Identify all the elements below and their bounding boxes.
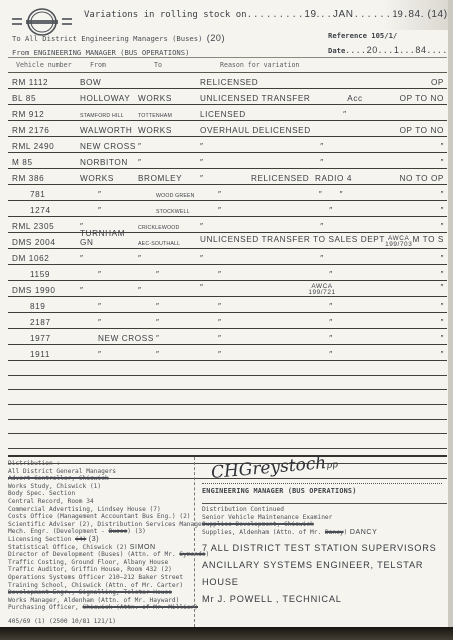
table-row: 1274″STOCKWELL″″″ <box>8 201 447 217</box>
distribution-text: Scientific Adviser (2), Distribution Ser… <box>8 521 205 528</box>
distribution-continued-text: Senior Vehicle Maintenance Examiner <box>202 514 332 521</box>
reason-right-note: OP <box>431 78 444 87</box>
signature-handwritten: CHGreystochpp <box>210 452 338 483</box>
cell-reason: ″″″ <box>214 270 447 280</box>
reason-right-note: ″ <box>441 270 445 279</box>
cell-reason: ″RELICENSED RADIO 4NO TO OP <box>196 174 447 184</box>
table-row: M 85NORBITON″″″″ <box>8 153 447 169</box>
distribution-continued-list: Distribution ContinuedSenior Vehicle Mai… <box>202 506 447 536</box>
cell-vehicle-number: RM 1112 <box>8 78 78 88</box>
distribution-line: Works Manager, Aldenham (Attn. of Mr. Ha… <box>8 597 191 605</box>
cell-vehicle-number: M 85 <box>8 158 78 168</box>
cell-reason: ″″″ <box>196 158 447 168</box>
cell-vehicle-number: 2187 <box>8 318 96 328</box>
cell-to: ″ <box>136 158 196 168</box>
reason-annotation: ″ <box>320 158 324 167</box>
cell-from: NEW CROSS <box>78 142 136 152</box>
distribution-struck-text: Advert Controller, Chiswick <box>8 475 109 482</box>
cell-to: AEC-SOUTHALL <box>136 242 196 248</box>
distribution-struck-text: Development Engr., Signalling, Telstar H… <box>8 589 172 596</box>
form-title: Variations in rolling stock on.........1… <box>84 9 448 20</box>
reason-right-note: ″ <box>441 302 445 311</box>
reason-text: ″ <box>200 142 204 151</box>
cell-to: TOTTENHAM <box>136 114 196 120</box>
date-part-printed: ... <box>399 46 415 55</box>
cell-from: STAMFORD HILL <box>78 114 136 120</box>
cell-reason: ″″″ <box>196 142 447 152</box>
to-label: To All District Engineering Managers (Bu… <box>12 34 202 43</box>
table-empty-row <box>8 420 447 435</box>
footer-vertical-divider <box>194 457 195 627</box>
cell-to <box>136 87 196 88</box>
reason-right-note: ″ <box>441 190 445 199</box>
distribution-text: Central Record, Room 34 <box>8 498 94 505</box>
distribution-text: Operations Systems Officer 210–212 Baker… <box>8 574 183 581</box>
cell-reason: ″″ ″″ <box>214 190 447 200</box>
cell-reason: ″AWCA 199/721″ <box>196 283 447 296</box>
table-empty-row <box>8 434 447 449</box>
distribution-text: Distribution : <box>8 460 60 467</box>
reason-annotation: AWCA 199/703 <box>385 236 412 248</box>
distribution-continued-line: Distribution Continued <box>202 506 447 514</box>
reason-right-note: ″ <box>441 254 445 263</box>
cell-to: ″ <box>154 318 214 328</box>
handwritten-note-line: Mr J. POWELL , TECHNICAL <box>202 591 447 608</box>
cell-vehicle-number: RML 2490 <box>8 142 78 152</box>
reason-annotation: ″ <box>320 254 324 263</box>
cell-vehicle-number: 1911 <box>8 350 96 360</box>
reason-annotation: ″ <box>329 350 333 359</box>
cell-from: NORBITON <box>78 158 136 168</box>
table-row: RM 1112BOWRELICENSEDOP <box>8 73 447 89</box>
cell-to: ″ <box>154 334 214 344</box>
scan-right-edge <box>448 0 453 640</box>
cell-to: WORKS <box>136 126 196 136</box>
reason-text: ″ <box>218 302 222 311</box>
cell-reason: ″″″ <box>214 318 447 328</box>
cell-reason: UNLICENSED TRANSFER TO SALES DEPTAWCA 19… <box>196 235 447 248</box>
distribution-line: Mech. Engr. (Development - Buses) (3) <box>8 528 191 536</box>
table-empty-row <box>8 361 447 376</box>
reason-right-note: ″ <box>441 206 445 215</box>
reason-text: UNLICENSED TRANSFER TO SALES DEPT <box>200 235 385 247</box>
cell-from: ″ <box>78 254 136 264</box>
table-row: 1977NEW CROSS″″″″ <box>8 329 447 345</box>
cell-from: BOW <box>78 78 136 88</box>
reason-right-note: ″ <box>441 334 445 343</box>
title-part-printed: 19. <box>392 10 408 20</box>
cell-to: ″ <box>154 270 214 280</box>
distribution-continued-line: Supplies Development, Chiswick <box>202 521 447 529</box>
distribution-list: Distribution :All District General Manag… <box>8 460 191 625</box>
reason-right-note: ″ <box>441 158 445 167</box>
distribution-line: Traffic Auditor, Griffin House, Room 432… <box>8 566 191 574</box>
cell-from: ″ <box>96 270 154 280</box>
cell-to: WORKS <box>136 94 196 104</box>
distribution-continued-line: Senior Vehicle Maintenance Examiner <box>202 514 447 522</box>
reason-text: ″ <box>200 158 204 167</box>
reason-right-note: NO TO OP <box>399 174 444 183</box>
distribution-continued-struck-text: Dancy <box>325 529 344 536</box>
scan-bottom-edge <box>0 627 453 640</box>
cell-reason: RELICENSEDOP <box>196 78 447 88</box>
cell-to: ″ <box>136 286 196 296</box>
table-empty-row <box>8 390 447 405</box>
title-part-printed: .. <box>320 10 333 20</box>
distribution-line: Body Spec. Section <box>8 490 191 498</box>
cell-reason: OVERHAUL DELICENSEDOP TO NO <box>196 126 447 136</box>
distribution-struck-text: (4) <box>75 536 86 543</box>
cell-vehicle-number: RM 386 <box>8 174 78 184</box>
reason-text: ″ <box>218 334 222 343</box>
distribution-line: Licensing Section (4) (3) <box>8 536 191 544</box>
cell-reason: UNLICENSED TRANSFERAccOP TO NO <box>196 94 447 104</box>
distribution-line: Distribution : <box>8 460 191 468</box>
distribution-line: Costs Office (Management Accountant Bus … <box>8 513 191 521</box>
distribution-text: Body Spec. Section <box>8 490 75 497</box>
reason-text: ″ <box>200 174 204 183</box>
date-part-handwritten: 20 <box>367 45 378 55</box>
reason-annotation: ″ <box>329 206 333 215</box>
handwritten-additions: 7 ALL DISTRICT TEST STATION SUPERVISORSA… <box>202 540 447 608</box>
reason-text: RELICENSED <box>200 78 258 87</box>
distribution-text: Training School, Chiswick (Attn. of Mr. … <box>8 582 183 589</box>
table-row: DMS 1990″″″AWCA 199/721″ <box>8 281 447 297</box>
engineering-manager-label: ENGINEERING MANAGER (BUS OPERATIONS) <box>202 487 447 495</box>
reason-right-note: ″ <box>441 222 445 231</box>
reason-right-note: OP TO NO <box>400 94 444 103</box>
title-part-handwritten: JAN <box>333 9 354 20</box>
cell-to: BROMLEY <box>136 174 196 184</box>
table-row: RM 386WORKSBROMLEY″RELICENSED RADIO 4NO … <box>8 169 447 185</box>
reason-annotation: ″ <box>320 142 324 151</box>
table-empty-row <box>8 376 447 391</box>
distribution-text: Mech. Engr. (Development - <box>8 528 109 535</box>
distribution-text: Works Study, Chiswick (1) <box>8 483 101 490</box>
table-row: 1911″″″″″ <box>8 345 447 361</box>
table-body: RM 1112BOWRELICENSEDOPBL 85HOLLOWAYWORKS… <box>8 73 447 479</box>
cell-vehicle-number: RML 2305 <box>8 222 78 232</box>
distribution-continued-handwritten-text: DANCY <box>347 529 377 536</box>
reason-annotation: ″ <box>343 110 347 119</box>
date-line: Date....20...1...84........ <box>328 45 453 55</box>
cell-vehicle-number: DMS 1990 <box>8 286 78 296</box>
distribution-line: Central Record, Room 34 <box>8 498 191 506</box>
table-row: 781″WOOD GREEN″″ ″″ <box>8 185 447 201</box>
table-row: 819″″″″″ <box>8 297 447 313</box>
table-header-row: Vehicle number From To Reason for variat… <box>8 57 447 73</box>
cell-reason: LICENSED″ <box>196 110 447 120</box>
rolling-stock-table: Vehicle number From To Reason for variat… <box>8 57 447 479</box>
table-row: RML 2305″CRICKLEWOOD″″″ <box>8 217 447 233</box>
distribution-continued-text: Supplies, Aldenham (Attn. of Mr. <box>202 529 325 536</box>
distribution-handwritten-text: (3) <box>86 536 99 543</box>
distribution-text: Traffic Auditor, Griffin House, Room 432… <box>8 566 172 573</box>
reason-annotation: ″ <box>329 270 333 279</box>
reference-label: Reference 105/1/ <box>328 31 397 40</box>
distribution-line: Development Engr., Signalling, Telstar H… <box>8 589 191 597</box>
reason-annotation: AWCA 199/721 <box>308 284 335 296</box>
cell-reason: ″″″ <box>214 206 447 216</box>
reason-text: ″ <box>218 190 222 199</box>
distribution-line: Training School, Chiswick (Attn. of Mr. … <box>8 582 191 590</box>
cell-reason: ″″″ <box>214 350 447 360</box>
signature-dotted-line <box>202 483 442 484</box>
date-part-printed: ... <box>378 46 394 55</box>
reason-text: OVERHAUL DELICENSED <box>200 126 311 135</box>
cell-vehicle-number: DM 1062 <box>8 254 78 264</box>
table-row: 1159″″″″″ <box>8 265 447 281</box>
reason-text: ″ <box>200 283 204 295</box>
reason-right-note: ″ <box>441 350 445 359</box>
cell-vehicle-number: 819 <box>8 302 96 312</box>
reason-text: ″ <box>200 254 204 263</box>
cell-vehicle-number: DMS 2004 <box>8 238 78 248</box>
reason-annotation: ″ <box>329 334 333 343</box>
handwritten-note-line: 7 ALL DISTRICT TEST STATION SUPERVISORS <box>202 540 447 557</box>
cell-to: ″ <box>154 350 214 360</box>
distribution-text: Works Manager, Aldenham (Attn. of Mr. Ha… <box>8 597 179 604</box>
distribution-line: Advert Controller, Chiswick <box>8 475 191 483</box>
reason-right-note: ″ <box>441 142 445 151</box>
reason-text: ″ <box>218 270 222 279</box>
cell-reason: ″″″ <box>196 254 447 264</box>
cell-to: ″ <box>154 302 214 312</box>
reason-text: ″ <box>218 206 222 215</box>
distribution-continued-struck-text: Supplies Development, Chiswick <box>202 521 314 528</box>
distribution-text: Traffic Costing, Ground Floor, Albany Ho… <box>8 559 168 566</box>
distribution-text: Licensing Section <box>8 536 75 543</box>
cell-from: ″ <box>96 206 154 216</box>
cell-from: TURNHAM GN <box>78 229 136 248</box>
col-header-to: To <box>146 61 212 69</box>
cell-from: WORKS <box>78 174 136 184</box>
form-print-code: 405/69 (1) (2500 10/81 121/1) <box>8 618 191 626</box>
cell-from: NEW CROSS <box>96 334 154 344</box>
footer-section: Distribution :All District General Manag… <box>8 455 447 627</box>
cell-vehicle-number: RM 912 <box>8 110 78 120</box>
reason-annotation: ″ ″ <box>319 190 343 199</box>
reason-right-note: M TO S <box>412 235 444 247</box>
distribution-continued-text: Distribution Continued <box>202 506 284 513</box>
cell-from: ″ <box>96 190 154 200</box>
table-row: RML 2490NEW CROSS″″″″ <box>8 137 447 153</box>
reason-right-note: OP TO NO <box>400 126 444 135</box>
reason-annotation: ″ <box>320 222 324 231</box>
title-part-handwritten: (14) <box>424 9 448 20</box>
table-row: DM 1062″″″″″ <box>8 249 447 265</box>
table-row: BL 85HOLLOWAYWORKSUNLICENSED TRANSFERAcc… <box>8 89 447 105</box>
reason-annotation: Acc <box>347 94 362 103</box>
distribution-struck-text: Buses <box>109 528 128 535</box>
cell-vehicle-number: BL 85 <box>8 94 78 104</box>
title-part-handwritten: 19. <box>304 9 320 20</box>
reason-right-note: ″ <box>441 318 445 327</box>
cell-reason: ″″″ <box>214 302 447 312</box>
distribution-line: Operations Systems Officer 210–212 Baker… <box>8 574 191 582</box>
table-row: DMS 2004TURNHAM GNAEC-SOUTHALLUNLICENSED… <box>8 233 447 249</box>
table-row: 2187″″″″″ <box>8 313 447 329</box>
cell-to: CRICKLEWOOD <box>136 226 196 232</box>
reason-annotation: ″ <box>329 302 333 311</box>
table-row: RM 912STAMFORD HILLTOTTENHAMLICENSED″ <box>8 105 447 121</box>
from-line: From ENGINEERING MANAGER (BUS OPERATIONS… <box>12 48 189 57</box>
reason-text: ″ <box>218 350 222 359</box>
cell-from: ″ <box>96 302 154 312</box>
reason-text: ″ <box>200 222 204 231</box>
distribution-text: Commercial Advertising, Lindsey House (7… <box>8 506 161 513</box>
cell-from: ″ <box>96 318 154 328</box>
cell-vehicle-number: RM 2176 <box>8 126 78 136</box>
reason-annotation: ″ <box>329 318 333 327</box>
col-header-vehicle-number: Vehicle number <box>8 61 82 69</box>
distribution-line: Works Study, Chiswick (1) <box>8 483 191 491</box>
distribution-line: Statistical Office, Chiswick (2) SIMON <box>8 544 191 552</box>
distribution-struck-text: Chiswick (Attn. of Mr. Millier) <box>83 604 198 611</box>
cell-from: WALWORTH <box>78 126 136 136</box>
distribution-text: Purchasing Officer, <box>8 604 83 611</box>
distribution-text: Director of Development (Buses) (Attn. o… <box>8 551 179 558</box>
distribution-handwritten-text: SIMON <box>127 544 156 551</box>
date-part-printed: .... <box>345 46 366 55</box>
distribution-line: Director of Development (Buses) (Attn. o… <box>8 551 191 559</box>
handwritten-note-line: ANCILLARY SYSTEMS ENGINEER, TELSTAR HOUS… <box>202 557 447 591</box>
distribution-line: Commercial Advertising, Lindsey House (7… <box>8 506 191 514</box>
cell-reason: ″″″ <box>196 222 447 232</box>
cell-vehicle-number: 1977 <box>8 334 96 344</box>
signature-block: CHGreystochpp ENGINEERING MANAGER (BUS O… <box>202 459 447 608</box>
date-part-printed: Date <box>328 46 345 55</box>
distribution-continued-line: Supplies, Aldenham (Attn. of Mr. Dancy) … <box>202 529 447 537</box>
cell-to: ″ <box>136 142 196 152</box>
reason-text: ″ <box>218 318 222 327</box>
title-part-printed: Variations in rolling stock on <box>84 10 247 20</box>
cell-to: STOCKWELL <box>154 210 214 216</box>
distribution-text: Statistical Office, Chiswick (2) <box>8 544 127 551</box>
table-empty-row <box>8 405 447 420</box>
col-header-from: From <box>82 61 146 69</box>
scanned-form-page: Variations in rolling stock on.........1… <box>0 0 453 640</box>
title-part-handwritten: 84. <box>408 9 424 20</box>
cell-vehicle-number: 781 <box>8 190 96 200</box>
distribution-text: All District General Managers <box>8 468 116 475</box>
reason-right-note: ″ <box>441 283 445 295</box>
table-row: RM 2176WALWORTHWORKSOVERHAUL DELICENSEDO… <box>8 121 447 137</box>
reason-text: LICENSED <box>200 110 246 119</box>
right-block-divider <box>202 503 447 504</box>
distribution-text: Costs Office (Management Accountant Bus … <box>8 513 191 520</box>
distribution-line: Scientific Adviser (2), Distribution Ser… <box>8 521 191 529</box>
distribution-text: ) (3) <box>127 528 146 535</box>
cell-from: ″ <box>78 286 136 296</box>
title-part-printed: ...... <box>354 10 393 20</box>
cell-to: ″ <box>136 254 196 264</box>
title-part-printed: ......... <box>247 10 305 20</box>
cell-vehicle-number: 1159 <box>8 270 96 280</box>
col-header-reason: Reason for variation <box>212 61 447 69</box>
distribution-line: All District General Managers <box>8 468 191 476</box>
cell-reason: ″″″ <box>214 334 447 344</box>
to-line: To All District Engineering Managers (Bu… <box>12 33 225 43</box>
reason-text: UNLICENSED TRANSFER <box>200 94 310 103</box>
to-count-handwritten: (20) <box>207 33 225 43</box>
date-part-handwritten: 84 <box>415 45 426 55</box>
cell-to: WOOD GREEN <box>154 194 214 200</box>
reason-annotation: RELICENSED RADIO 4 <box>251 174 352 183</box>
distribution-line: Purchasing Officer, Chiswick (Attn. of M… <box>8 604 191 612</box>
distribution-line: Traffic Costing, Ground Floor, Albany Ho… <box>8 559 191 567</box>
cell-from: ″ <box>96 350 154 360</box>
cell-from: HOLLOWAY <box>78 94 136 104</box>
cell-vehicle-number: 1274 <box>8 206 96 216</box>
